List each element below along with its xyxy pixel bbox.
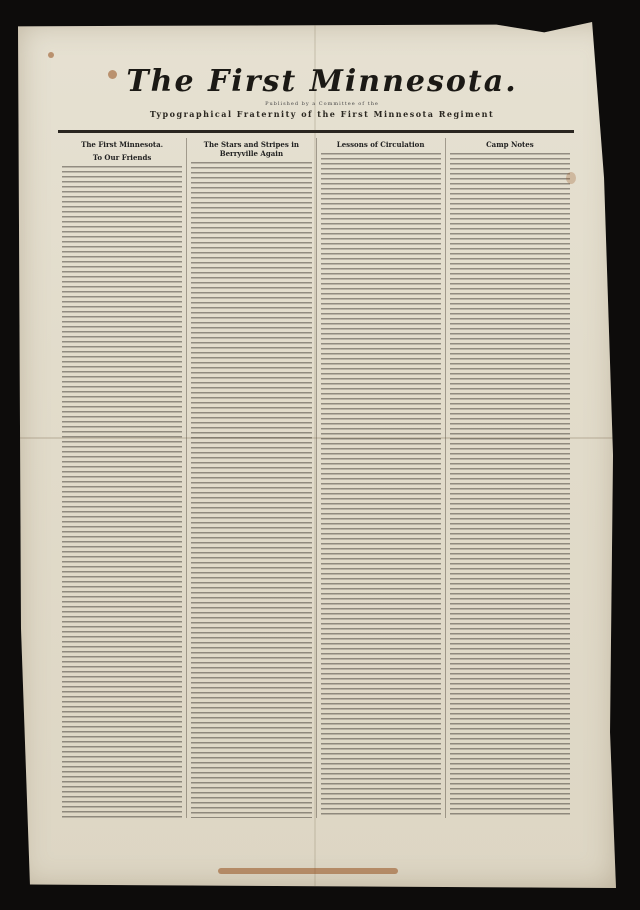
column-3: Lessons of Circulation bbox=[317, 138, 446, 818]
newspaper-title: The First Minnesota. bbox=[88, 64, 556, 99]
column-subheading: To Our Friends bbox=[62, 153, 182, 162]
masthead: The First Minnesota. Published by a Comm… bbox=[88, 64, 556, 119]
masthead-subtitle: Typographical Fraternity of the First Mi… bbox=[88, 109, 556, 119]
stain bbox=[48, 52, 54, 58]
body-text bbox=[321, 153, 441, 818]
column-2: The Stars and Stripes in Berryville Agai… bbox=[187, 138, 316, 818]
body-text bbox=[191, 162, 311, 818]
column-heading: Camp Notes bbox=[450, 140, 570, 149]
column-4: Camp Notes bbox=[446, 138, 574, 818]
column-heading: The First Minnesota. bbox=[62, 140, 182, 149]
columns: The First Minnesota. To Our Friends The … bbox=[58, 138, 574, 818]
stain bbox=[218, 868, 398, 874]
body-text bbox=[62, 166, 182, 818]
stain bbox=[108, 70, 117, 79]
stain bbox=[566, 172, 576, 184]
column-1: The First Minnesota. To Our Friends bbox=[58, 138, 187, 818]
column-heading: Lessons of Circulation bbox=[321, 140, 441, 149]
column-heading: The Stars and Stripes in Berryville Agai… bbox=[191, 140, 311, 158]
body-text bbox=[450, 153, 570, 818]
newspaper-page: The First Minnesota. Published by a Comm… bbox=[18, 22, 616, 888]
masthead-small-line: Published by a Committee of the bbox=[88, 101, 556, 107]
masthead-rule bbox=[58, 130, 574, 133]
